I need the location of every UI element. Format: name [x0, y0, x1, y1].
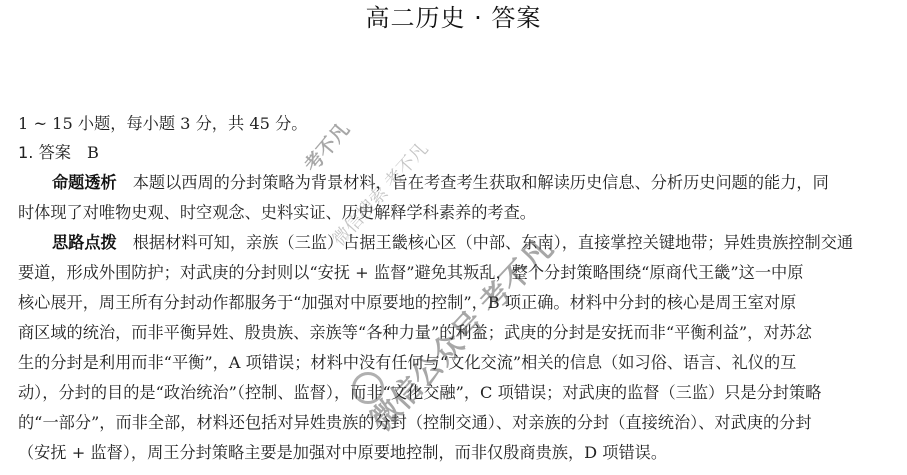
answer-label: 1. 答案 — [18, 143, 71, 162]
hint-line-2: 要道，形成外围防护；对武庚的分封则以“安抚 + 监督”避免其叛乱，整个分封策略围… — [18, 263, 803, 283]
analysis-line-2: 时体现了对唯物史观、时空观念、史料实证、历史解释学科素养的考查。 — [18, 203, 536, 223]
section-header: 1 ~ 15 小题，每小题 3 分，共 45 分。 — [18, 114, 307, 134]
hint-label: 思路点拨 — [52, 233, 117, 252]
question-1-answer: 1. 答案B — [18, 143, 99, 163]
hint-line-7: 的“一部分”，而非全部，材料还包括对异姓贵族的分封（控制交通）、对亲族的分封（直… — [18, 413, 812, 433]
hint-line-1: 思路点拨根据材料可知，亲族（三监）占据王畿核心区（中部、东南），直接掌控关键地带… — [52, 233, 853, 253]
hint-line-8: （安抚 + 监督），周王分封策略主要是加强对中原要地控制，而非仅殷商贵族，D 项… — [18, 443, 667, 463]
hint-line-3: 核心展开，周王所有分封动作都服务于“加强对中原要地的控制”，B 项正确。材料中分… — [18, 293, 796, 313]
analysis-label: 命题透析 — [52, 173, 117, 192]
page-title: 高二历史 · 答案 — [0, 2, 907, 34]
hint-line-5: 生的分封是利用而非“平衡”，A 项错误；材料中没有任何与“文化交流”相关的信息（… — [18, 353, 796, 373]
answer-value: B — [87, 143, 99, 162]
analysis-line-1: 命题透析本题以西周的分封策略为背景材料，旨在考查考生获取和解读历史信息、分析历史… — [52, 173, 829, 193]
hint-line-4: 商区域的统治，而非平衡异姓、殷贵族、亲族等“各种力量”的利益；武庚的分封是安抚而… — [18, 323, 812, 343]
hint-line-6: 动），分封的目的是“政治统治”（控制、监督），而非“文化交融”，C 项错误；对武… — [18, 383, 821, 403]
